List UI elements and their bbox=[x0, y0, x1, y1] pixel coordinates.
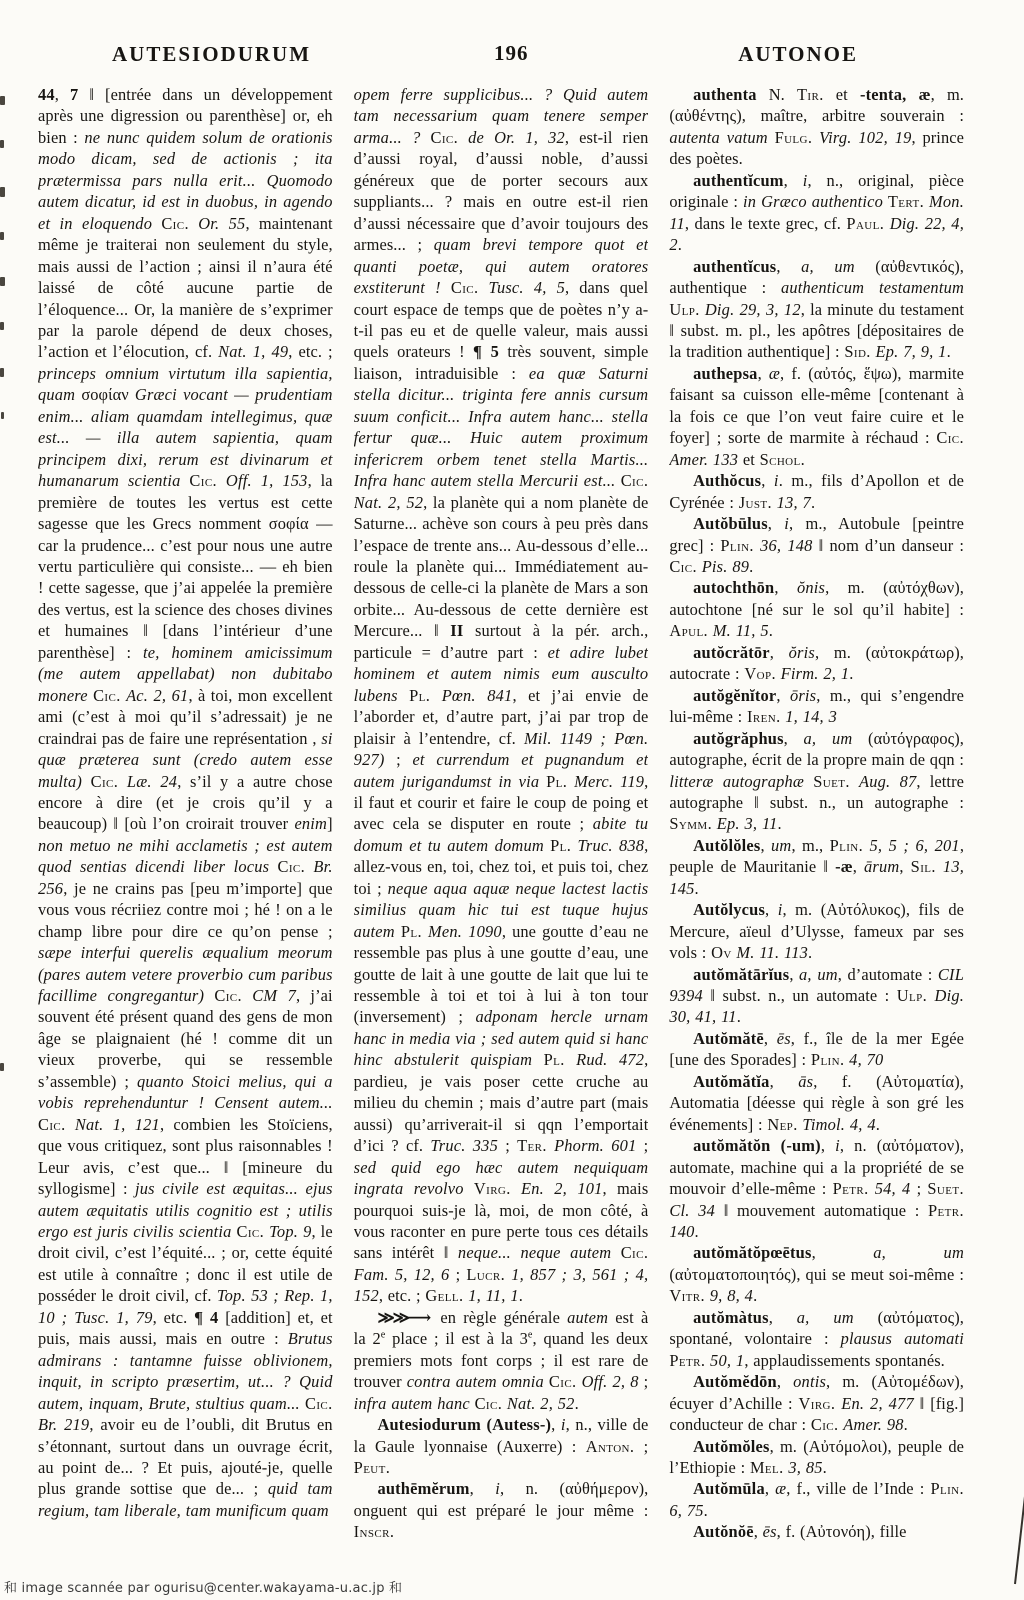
scanned-dictionary-page: AUTESIODURUM 196 AUTONOE 44, 7 ‖ [entrée… bbox=[0, 0, 1024, 1600]
page-header: AUTESIODURUM 196 AUTONOE bbox=[0, 0, 1024, 70]
paragraph: autŏmătŏpœētus, a, um (αὐτοματοποιητός),… bbox=[669, 1242, 964, 1306]
paragraph: autŏmătŏn (-um), i, n. (αὐτόματον), auto… bbox=[669, 1135, 964, 1242]
paragraph: autŏgĕnĭtor, ōris, m., qui s’engendre lu… bbox=[669, 685, 964, 728]
scan-speck bbox=[0, 140, 4, 148]
scan-speck bbox=[0, 368, 4, 377]
paragraph: ≫≫⟶ en règle générale autem est à la 2e … bbox=[354, 1307, 649, 1414]
column-3: authenta N. Tir. et -tenta, æ, m. (αὐθέν… bbox=[669, 84, 964, 1546]
paragraph: authēmĕrum, i, n. (αὐθήμερον), onguent q… bbox=[354, 1478, 649, 1542]
paragraph: autŏgrăphus, a, um (αὐτόγραφος), autogra… bbox=[669, 728, 964, 835]
paragraph: Autŏbūlus, i, m., Autobule [peintre grec… bbox=[669, 513, 964, 577]
column-2: opem ferre supplicibus... ? Quid autem t… bbox=[354, 84, 649, 1546]
scan-speck bbox=[1, 412, 4, 419]
scan-watermark: 和 image scannée par ogurisu@center.wakay… bbox=[4, 1577, 402, 1596]
paragraph: 44, 7 ‖ [entrée dans un développement ap… bbox=[38, 84, 333, 1521]
paragraph: autŏcrătōr, ŏris, m. (αὐτοκράτωρ), autoc… bbox=[669, 642, 964, 685]
paragraph: authenta N. Tir. et -tenta, æ, m. (αὐθέν… bbox=[669, 84, 964, 170]
paragraph: Autŏmătĭa, ās, f. (Αὐτοματία), Automatia… bbox=[669, 1071, 964, 1135]
paragraph: Authŏcus, i. m., fils d’Apollon et de Cy… bbox=[669, 470, 964, 513]
paragraph: authentĭcus, a, um (αὐθεντικός), authent… bbox=[669, 256, 964, 363]
paragraph: autochthōn, ŏnis, m. (αὐτόχθων), autocht… bbox=[669, 577, 964, 641]
scan-speck bbox=[0, 322, 4, 330]
paragraph: authentĭcum, i, n., original, pièce orig… bbox=[669, 170, 964, 256]
paragraph: Autŏlycus, i, m. (Αὐτόλυκος), fils de Me… bbox=[669, 899, 964, 963]
paragraph: authepsa, æ, f. (αὐτός, ἕψω), marmite fa… bbox=[669, 363, 964, 470]
scan-speck bbox=[0, 277, 5, 286]
header-guide-word-right: AUTONOE bbox=[738, 42, 858, 67]
paragraph: Autesiodurum (Autess-), i, n., ville de … bbox=[354, 1414, 649, 1478]
paragraph: Autŏmĕdōn, ontis, m. (Αὐτομέδων), écuyer… bbox=[669, 1371, 964, 1435]
page-number: 196 bbox=[494, 41, 529, 66]
text-columns: 44, 7 ‖ [entrée dans un développement ap… bbox=[38, 84, 964, 1546]
paragraph: Autŏnŏē, ēs, f. (Αὐτονόη), fille bbox=[669, 1521, 964, 1542]
paragraph: Autŏlŏles, um, m., Plin. 5, 5 ; 6, 201, … bbox=[669, 835, 964, 899]
paragraph: Autŏmūla, æ, f., ville de l’Inde : Plin.… bbox=[669, 1478, 964, 1521]
scan-speck bbox=[0, 1063, 4, 1071]
scan-speck bbox=[0, 232, 4, 240]
scan-speck bbox=[0, 96, 5, 105]
column-1: 44, 7 ‖ [entrée dans un développement ap… bbox=[38, 84, 333, 1546]
paragraph: Autŏmŏles, m. (Αὐτόμολοι), peuple de l’E… bbox=[669, 1436, 964, 1479]
paragraph: autŏmàtus, a, um (αὐτόματος), spontané, … bbox=[669, 1307, 964, 1371]
header-guide-word-left: AUTESIODURUM bbox=[112, 42, 311, 67]
paragraph: Autŏmătē, ēs, f., île de la mer Egée [un… bbox=[669, 1028, 964, 1071]
paragraph: opem ferre supplicibus... ? Quid autem t… bbox=[354, 84, 649, 1307]
scan-speck bbox=[0, 187, 5, 197]
paragraph: autŏmătārĭus, a, um, d’automate : CIL 93… bbox=[669, 964, 964, 1028]
scan-scratch-artifact bbox=[1014, 1409, 1024, 1584]
